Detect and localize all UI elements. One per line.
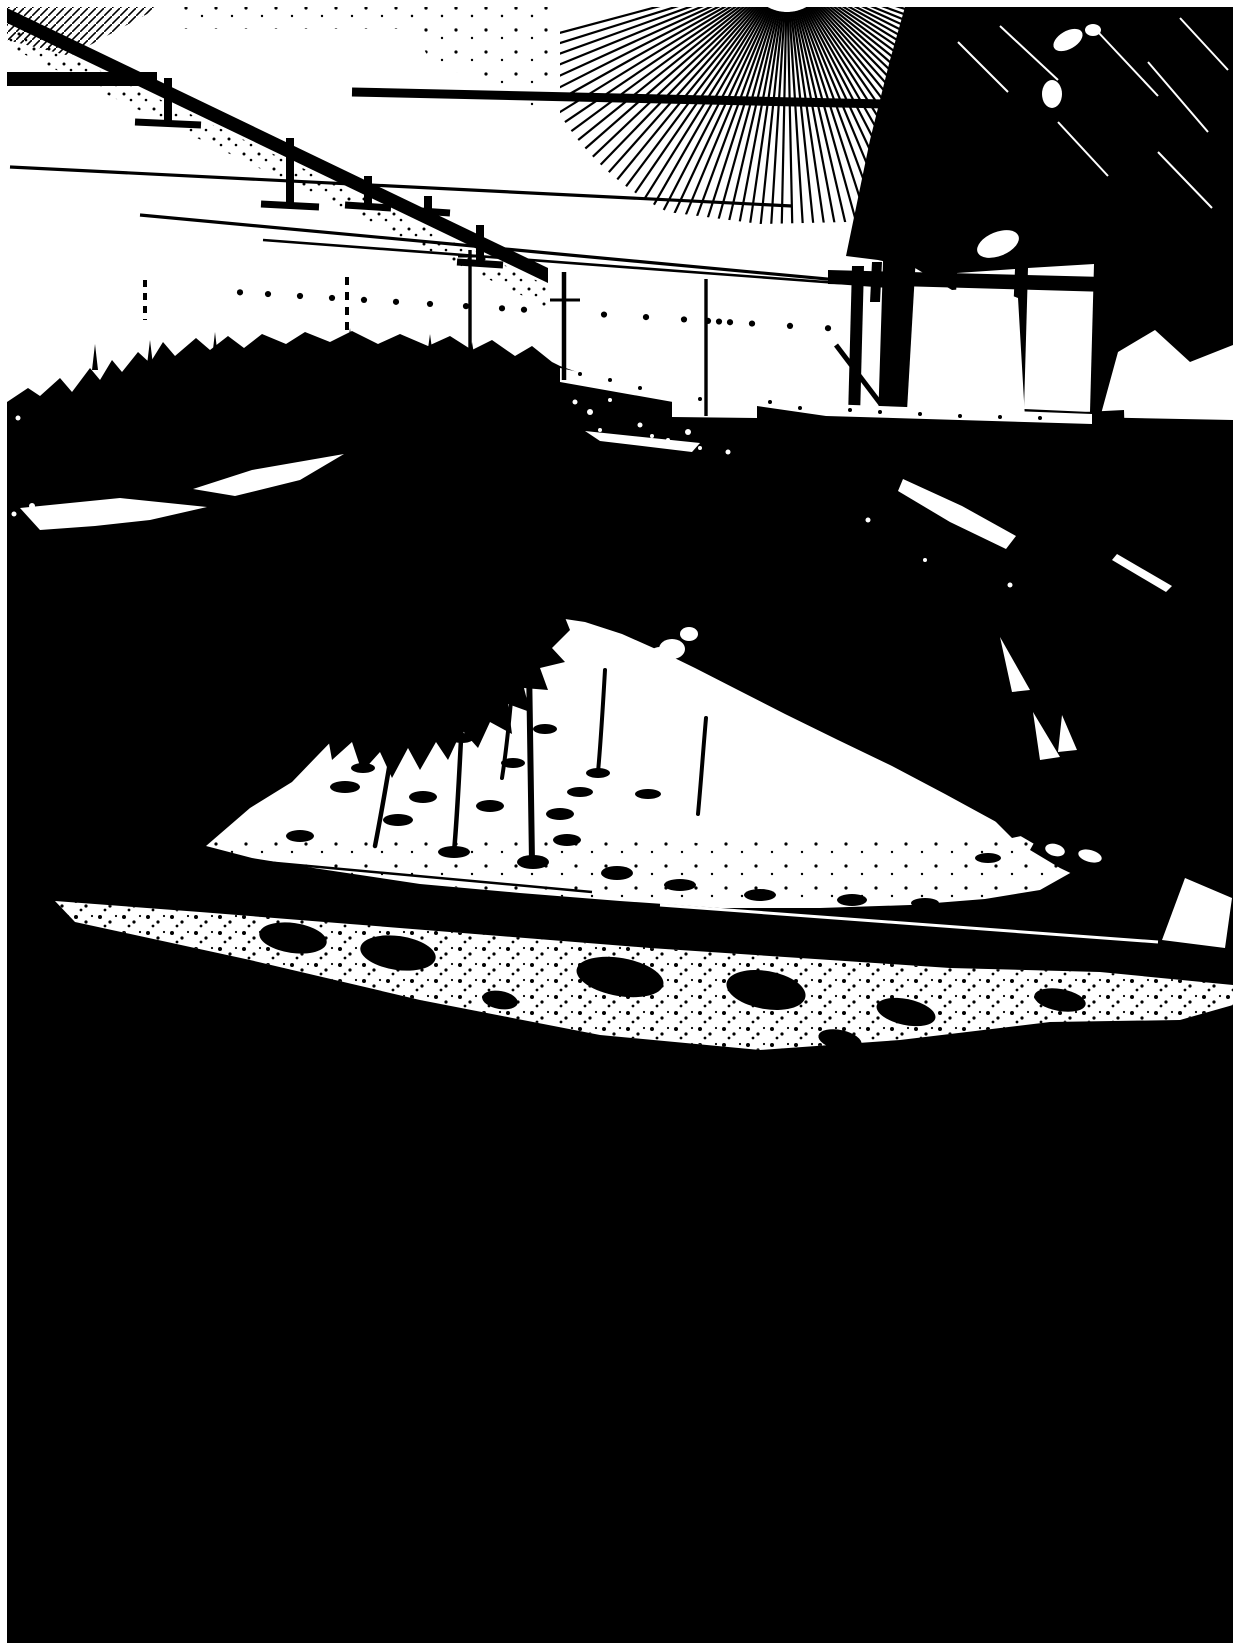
- raft-hole: [635, 789, 661, 799]
- strip-speck: [638, 386, 642, 390]
- light-dot: [1008, 583, 1013, 588]
- light-patch: [680, 815, 714, 843]
- wall-bolt: [393, 299, 399, 305]
- raft-hole: [664, 879, 696, 891]
- light-dot: [598, 428, 602, 432]
- window-gap: [672, 391, 757, 418]
- rail-dash: [477, 371, 493, 376]
- wall-bolt: [237, 289, 243, 295]
- hanger-foot: [135, 122, 201, 125]
- light-patch: [1085, 24, 1101, 36]
- light-dot: [666, 438, 670, 442]
- strip-speck: [698, 397, 702, 401]
- raft-hole: [911, 898, 939, 908]
- wall-bolt: [681, 316, 687, 322]
- wall-bolt: [361, 297, 367, 303]
- strip-speck: [768, 400, 772, 404]
- strip-speck: [958, 414, 962, 418]
- wall-bolt: [749, 320, 755, 326]
- rail-dash: [386, 362, 400, 367]
- wall-bolt: [727, 319, 733, 325]
- photo-canvas: [0, 0, 1240, 1650]
- raft-hole: [744, 889, 776, 901]
- strip-speck: [878, 410, 882, 414]
- raft-hole: [975, 853, 1001, 863]
- hanger-foot: [457, 262, 503, 265]
- light-dot: [16, 416, 21, 421]
- raft-hole: [351, 763, 375, 773]
- wall-bolt: [329, 295, 335, 301]
- raft-hole: [330, 781, 360, 793]
- strip-speck: [998, 415, 1002, 419]
- light-dot: [698, 446, 702, 450]
- light-dot: [573, 400, 578, 405]
- light-patch: [616, 713, 658, 745]
- strip-speck: [608, 378, 612, 382]
- strip-speck: [918, 412, 922, 416]
- light-patch: [680, 627, 698, 641]
- wall-bolt: [521, 307, 527, 313]
- wall-bolt: [601, 311, 607, 317]
- wall-bolt: [787, 323, 793, 329]
- raft-hole: [383, 814, 413, 826]
- frame-post: [1085, 410, 1132, 695]
- light-patch: [740, 707, 756, 719]
- light-dot: [923, 558, 927, 562]
- window-pane: [951, 269, 1015, 407]
- light-dot: [650, 434, 654, 438]
- strip-speck: [1038, 416, 1042, 420]
- raft-hole: [837, 894, 867, 906]
- light-patch: [718, 722, 748, 746]
- wall-bolt: [265, 291, 271, 297]
- wall-bolt: [427, 301, 433, 307]
- light-patch: [649, 647, 671, 663]
- greenhouse-photo: [0, 0, 1240, 1650]
- wall-bolt: [716, 318, 722, 324]
- rail-dash: [506, 373, 521, 378]
- light-dot: [12, 512, 17, 517]
- hanger-foot: [261, 204, 319, 207]
- hanger-foot: [345, 205, 391, 208]
- light-dot: [685, 429, 691, 435]
- raft-hole: [553, 834, 581, 846]
- light-dot: [587, 409, 593, 415]
- raft-hole: [286, 830, 314, 842]
- raft-hole: [546, 808, 574, 820]
- light-dot: [44, 519, 48, 523]
- light-patch: [1042, 80, 1062, 108]
- hanger-foot: [406, 210, 450, 213]
- wall-bolt: [499, 305, 505, 311]
- rail-dash: [329, 360, 344, 365]
- strip-speck: [798, 406, 802, 410]
- light-dot: [866, 518, 871, 523]
- raft-hole: [601, 866, 633, 880]
- wall-bolt: [643, 314, 649, 320]
- rail-dash: [357, 361, 372, 366]
- rail-dash: [447, 369, 465, 374]
- strip-speck: [848, 408, 852, 412]
- light-patch: [1190, 361, 1226, 383]
- wall-bolt: [463, 303, 469, 309]
- rail-dash: [272, 357, 289, 362]
- strip-speck: [578, 372, 582, 376]
- rail-dash: [301, 359, 316, 364]
- wall-bolt: [825, 325, 831, 331]
- wall-bolt: [297, 293, 303, 299]
- light-dot: [638, 423, 643, 428]
- raft-hole: [567, 787, 593, 797]
- raft-hole: [533, 724, 557, 734]
- light-dot: [608, 398, 612, 402]
- raft-hole: [409, 791, 437, 803]
- seedling-stem: [529, 664, 532, 862]
- light-dot: [29, 503, 35, 509]
- light-dot: [726, 450, 731, 455]
- raft-hole: [476, 800, 504, 812]
